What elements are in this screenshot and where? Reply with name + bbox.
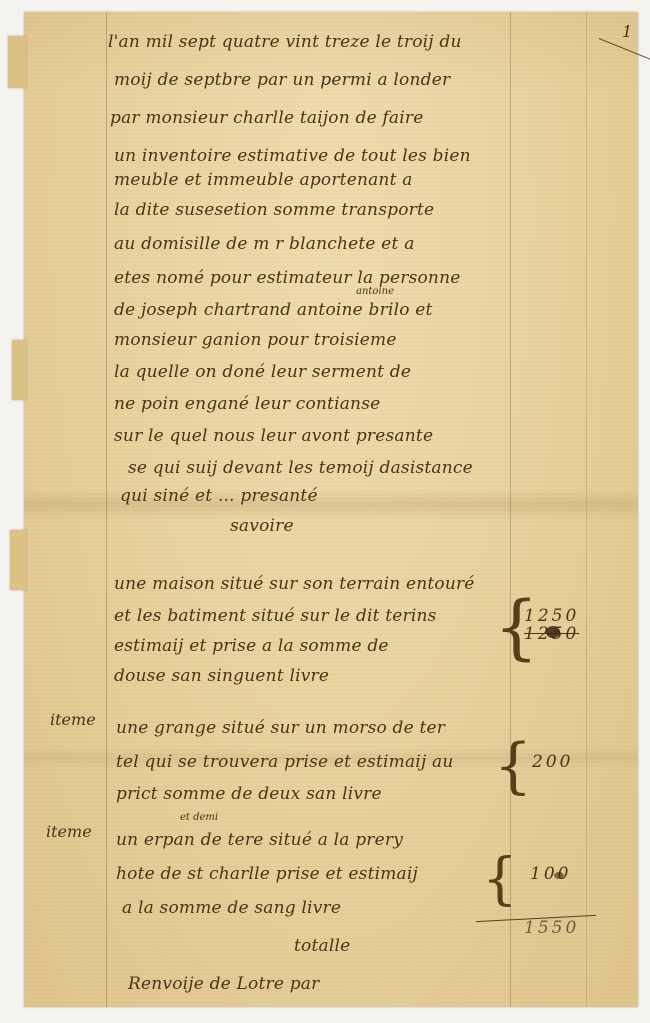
item-line: et les batiment situé sur le dit terins [114, 606, 437, 626]
total-label: totalle [294, 936, 350, 956]
body-line: monsieur ganion pour troisieme [114, 330, 397, 350]
body-line: se qui suij devant les temoij dasistance [128, 458, 473, 478]
interlinear-insertion: et demi [180, 812, 218, 823]
body-line: la dite susesetion somme transporte [114, 200, 434, 220]
item-amount: 100 [530, 864, 571, 884]
item-brace: { [482, 852, 518, 908]
item-amount: 1250 [524, 606, 579, 626]
section-heading-savoire: savoire [230, 516, 294, 536]
ink-blot [554, 872, 564, 879]
amount-column-rule [586, 12, 587, 1007]
body-line: moij de septbre par un permi a londer [114, 70, 450, 90]
torn-edge [12, 340, 26, 400]
body-line: au domisille de m r blanchete et a [114, 234, 415, 254]
torn-edge [10, 530, 26, 590]
corner-stroke [599, 38, 650, 62]
item-line: douse san singuent livre [114, 666, 329, 686]
body-line: un inventoire estimative de tout les bie… [114, 146, 471, 166]
margin-label-item: iteme [50, 710, 96, 729]
torn-edge [8, 36, 26, 88]
body-line: par monsieur charlle taijon de faire [110, 108, 423, 128]
item-brace: { [494, 736, 532, 796]
left-margin-rule [106, 12, 107, 1007]
item-line: un erpan de tere situé a la prery [116, 830, 403, 850]
item-line: estimaij et prise a la somme de [114, 636, 389, 656]
manuscript-page: 1 l'an mil sept quatre vint treze le tro… [24, 12, 638, 1007]
body-line: ne poin engané leur contianse [114, 394, 380, 414]
body-line: l'an mil sept quatre vint treze le troij… [108, 32, 462, 52]
item-line: a la somme de sang livre [122, 898, 341, 918]
ink-blot [546, 626, 560, 638]
page-number: 1 [622, 22, 632, 41]
total-amount: 1550 [524, 918, 579, 938]
catchword: Renvoije de Lotre par [128, 974, 319, 994]
interlinear-insertion: antoine [356, 286, 394, 297]
item-line: hote de st charlle prise et estimaij [116, 864, 418, 884]
body-line: etes nomé pour estimateur la personne [114, 268, 461, 288]
item-line: tel qui se trouvera prise et estimaij au [116, 752, 454, 772]
item-line: une grange situé sur un morso de ter [116, 718, 445, 738]
item-line: une maison situé sur son terrain entouré [114, 574, 475, 594]
body-line: la quelle on doné leur serment de [114, 362, 411, 382]
body-line: qui siné et ... presanté [120, 486, 318, 506]
margin-label-item: iteme [46, 822, 92, 841]
item-amount: 200 [532, 752, 573, 772]
item-line: prict somme de deux san livre [116, 784, 382, 804]
body-line: meuble et immeuble aportenant a [114, 170, 413, 190]
body-line: de joseph chartrand antoine brilo et [114, 300, 433, 320]
body-line: sur le quel nous leur avont presante [114, 426, 433, 446]
